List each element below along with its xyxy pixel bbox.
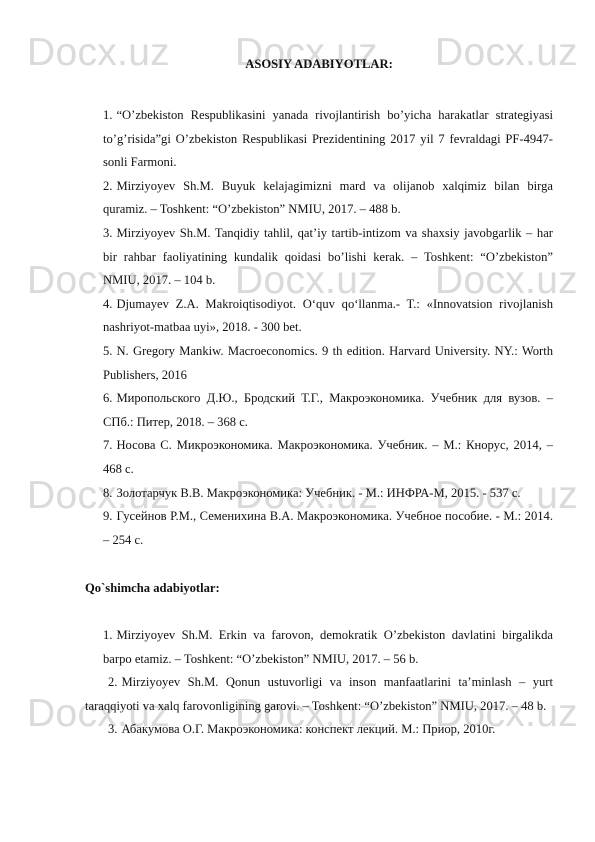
main-references-list: 1.“O’zbekiston Respublikasini yanada riv…: [103, 104, 553, 552]
reference-number: 3.: [108, 722, 117, 736]
reference-text: Носова С. Микроэкономика. Макроэкономика…: [103, 438, 553, 476]
reference-number: 1.: [103, 108, 112, 122]
reference-item: 3.Mirziyoyev Sh.M. Tanqidiy tahlil, qat’…: [103, 222, 553, 293]
reference-item: 4.Djumayev Z.A. Makroiqtisodiyot. O‘quv …: [103, 293, 553, 340]
document-page: Docx.uz Docx.uz Docx.uz Docx.uz Docx.uz …: [0, 0, 595, 842]
reference-number: 6.: [103, 391, 112, 405]
reference-number: 2.: [103, 179, 112, 193]
supplementary-references-list: 1.Mirziyoyev Sh.M. Erkin va farovon, dem…: [85, 624, 553, 742]
reference-item: 9.Гусейнов Р.М., Семенихина В.А. Макроэк…: [103, 505, 553, 552]
reference-item: 8.Золотарчук В.В. Макроэкономика: Учебни…: [103, 482, 553, 506]
supplementary-heading: Qo`shimcha adabiyotlar:: [85, 577, 220, 601]
reference-item: 1.Mirziyoyev Sh.M. Erkin va farovon, dem…: [85, 624, 553, 671]
reference-text: “O’zbekiston Respublikasini yanada rivoj…: [103, 108, 553, 169]
reference-item: 1.“O’zbekiston Respublikasini yanada riv…: [103, 104, 553, 175]
reference-number: 8.: [103, 486, 112, 500]
reference-item: 7.Носова С. Микроэкономика. Макроэкономи…: [103, 434, 553, 481]
reference-number: 7.: [103, 438, 112, 452]
reference-item: 6.Миропольского Д.Ю., Бродский Т.Г., Мак…: [103, 387, 553, 434]
reference-text: Mirziyoyev Sh.M. Buyuk kelajagimizni mar…: [103, 179, 553, 217]
reference-item: 3.Абакумова О.Г. Макроэкономика: конспек…: [85, 718, 553, 742]
reference-text: Миропольского Д.Ю., Бродский Т.Г., Макро…: [103, 391, 553, 429]
reference-item: 5.N. Gregory Mankiw. Macroeconomics. 9 t…: [103, 340, 553, 387]
reference-number: 2.: [108, 675, 117, 689]
reference-text: N. Gregory Mankiw. Macroeconomics. 9 th …: [103, 344, 553, 382]
reference-number: 1.: [103, 628, 112, 642]
reference-number: 3.: [103, 226, 112, 240]
reference-text: Абакумова О.Г. Макроэкономика: конспект …: [121, 722, 495, 736]
reference-text: Djumayev Z.A. Makroiqtisodiyot. O‘quv qo…: [103, 297, 553, 335]
reference-text: Mirziyoyev Sh.M. Tanqidiy tahlil, qat’iy…: [103, 226, 553, 287]
reference-item: 2.Mirziyoyev Sh.M. Qonun ustuvorligi va …: [85, 671, 553, 718]
reference-item: 2.Mirziyoyev Sh.M. Buyuk kelajagimizni m…: [103, 175, 553, 222]
reference-number: 5.: [103, 344, 112, 358]
reference-number: 9.: [103, 509, 112, 523]
reference-number: 4.: [103, 297, 112, 311]
reference-text: Mirziyoyev Sh.M. Erkin va farovon, demok…: [103, 628, 553, 666]
page-title: ASOSIY ADABIYOTLAR:: [85, 57, 553, 72]
reference-text: Золотарчук В.В. Макроэкономика: Учебник.…: [116, 486, 520, 500]
reference-text: Гусейнов Р.М., Семенихина В.А. Макроэкон…: [103, 509, 553, 547]
reference-text: Mirziyoyev Sh.M. Qonun ustuvorligi va in…: [85, 675, 553, 713]
